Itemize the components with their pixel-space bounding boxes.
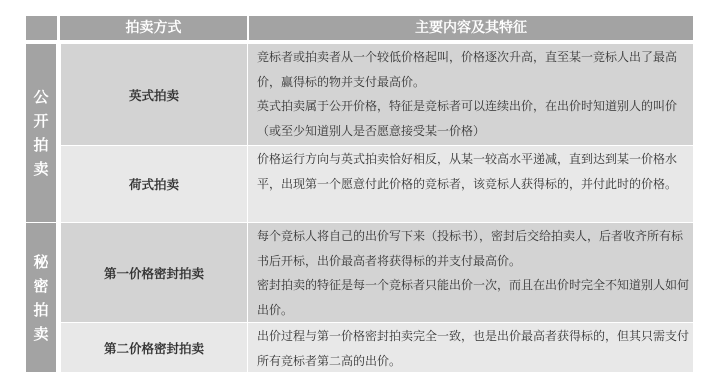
paragraph: 出价过程与第一价格密封拍卖完全一致，也是出价最高者获得标的，但其只需支付所有竞标… [257,324,693,373]
row-desc-english-auction: 竞标者或拍卖者从一个较低价格起叫，价格逐次升高，直至某一竞标人出了最高价，赢得标… [248,44,693,145]
row-name-dutch-auction: 荷式拍卖 [61,146,247,222]
group-public-auction: 公开拍卖 [26,44,56,222]
header-group-cell [26,16,57,40]
row-name-english-auction: 英式拍卖 [61,44,247,145]
paragraph: 每个竞标人将自己的出价写下来（投标书），密封后交给拍卖人，后者收齐所有标书后开标… [257,224,693,273]
paragraph: 密封拍卖的特征是每一个竞标者只能出价一次，而且在出价时完全不知道别人如何出价。 [257,273,693,322]
header-main-content: 主要内容及其特征 [249,16,693,40]
row-desc-second-price-sealed: 出价过程与第一价格密封拍卖完全一致，也是出价最高者获得标的，但其只需支付所有竞标… [248,323,693,372]
group-sealed-auction: 秘密拍卖 [26,223,56,372]
header-auction-method: 拍卖方式 [60,16,247,40]
group-label: 秘密拍卖 [33,250,49,346]
paragraph: 英式拍卖属于公开价格，特征是竞标者可以连续出价，在出价时知道别人的叫价（或至少知… [257,94,693,143]
paragraph: 竞标者或拍卖者从一个较低价格起叫，价格逐次升高，直至某一竞标人出了最高价，赢得标… [257,45,693,94]
row-name-first-price-sealed: 第一价格密封拍卖 [61,223,247,322]
group-label: 公开拍卖 [33,85,49,181]
row-name-second-price-sealed: 第二价格密封拍卖 [61,323,247,372]
row-desc-dutch-auction: 价格运行方向与英式拍卖恰好相反，从某一较高水平递减，直到达到某一价格水平，出现第… [248,146,693,222]
row-desc-first-price-sealed: 每个竞标人将自己的出价写下来（投标书），密封后交给拍卖人，后者收齐所有标书后开标… [248,223,693,322]
paragraph: 价格运行方向与英式拍卖恰好相反，从某一较高水平递减，直到达到某一价格水平，出现第… [257,147,693,196]
